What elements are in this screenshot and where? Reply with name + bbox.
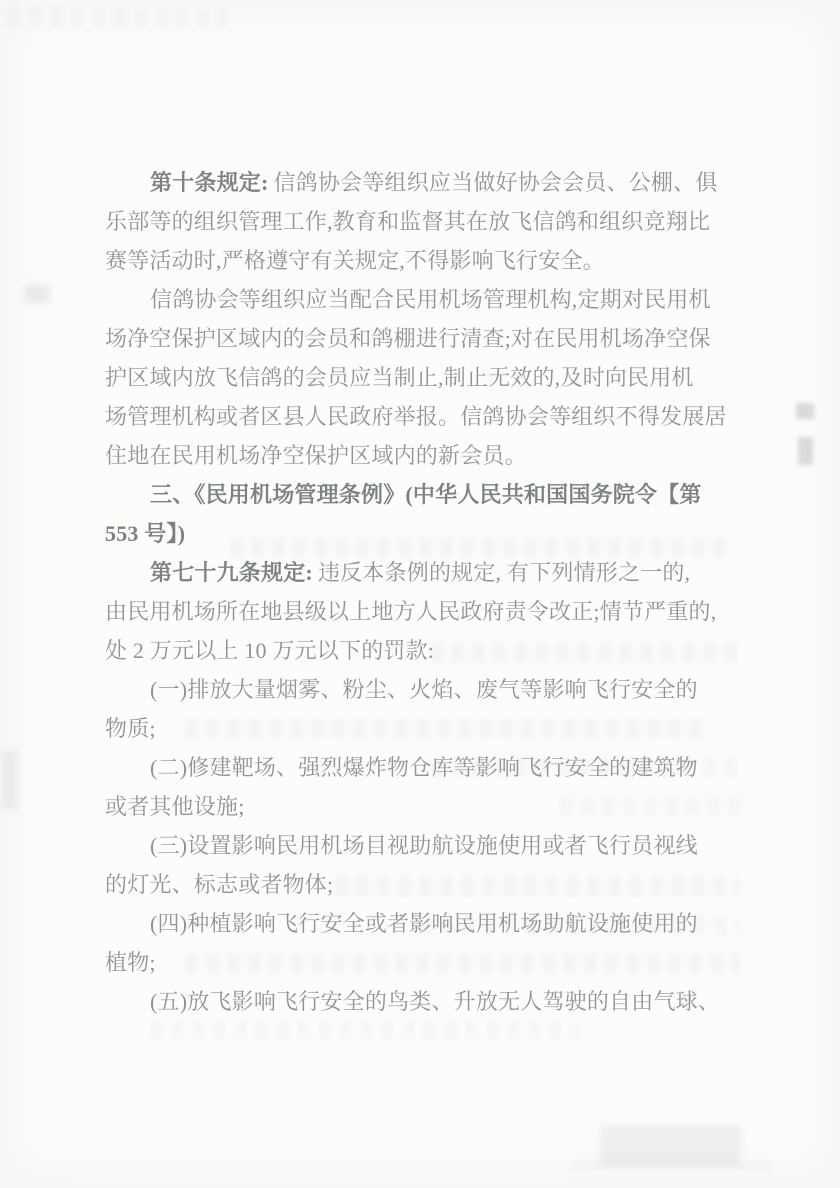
text-line-9: 三、《民用机场管理条例》(中华人民共和国国务院令【第 [105,475,753,514]
margin-smudge [2,750,18,810]
document-text-block: 第十条规定:信鸽协会等组织应当做好协会会员、公棚、俱乐部等的组织管理工作,教育和… [105,163,753,1021]
line-text: 信鸽协会等组织应当做好协会会员、公棚、俱 [274,170,718,195]
text-line-10: 553 号】) [105,514,753,553]
scanned-page: 第十条规定:信鸽协会等组织应当做好协会会员、公棚、俱乐部等的组织管理工作,教育和… [0,0,840,1188]
text-line-17: 或者其他设施; [105,787,753,826]
text-line-19: 的灯光、标志或者物体; [105,865,753,904]
text-line-22: (五)放飞影响飞行安全的鸟类、升放无人驾驶的自由气球、 [105,982,753,1021]
bleed-through-artifact [8,8,228,28]
bleed-through-block [570,1162,770,1170]
text-line-2: 乐部等的组织管理工作,教育和监督其在放飞信鸽和组织竞翔比 [105,202,753,241]
text-line-8: 住地在民用机场净空保护区域内的新会员。 [105,436,753,475]
text-line-5: 场净空保护区域内的会员和鸽棚进行清查;对在民用机场净空保 [105,319,753,358]
bleed-through-artifact [150,1020,580,1040]
text-line-16: (二)修建靶场、强烈爆炸物仓库等影响飞行安全的建筑物 [105,748,753,787]
margin-smudge [796,403,814,419]
text-line-3: 赛等活动时,严格遵守有关规定,不得影响飞行安全。 [105,241,753,280]
line-text: 违反本条例的规定, 有下列情形之一的, [318,560,690,585]
text-line-7: 场管理机构或者区县人民政府举报。信鸽协会等组织不得发展居 [105,397,753,436]
text-line-18: (三)设置影响民用机场目视助航设施使用或者飞行员视线 [105,826,753,865]
margin-smudge [798,437,813,465]
text-line-13: 处 2 万元以上 10 万元以下的罚款: [105,631,753,670]
margin-smudge [25,285,50,303]
text-line-1: 第十条规定:信鸽协会等组织应当做好协会会员、公棚、俱 [105,163,753,202]
text-line-20: (四)种植影响飞行安全或者影响民用机场助航设施使用的 [105,904,753,943]
bold-lead: 第七十九条规定: [150,560,313,585]
text-line-15: 物质; [105,709,753,748]
text-line-6: 护区域内放飞信鸽的会员应当制止,制止无效的,及时向民用机 [105,358,753,397]
text-line-4: 信鸽协会等组织应当配合民用机场管理机构,定期对民用机 [105,280,753,319]
text-line-21: 植物; [105,943,753,982]
bleed-through-block [600,1126,742,1164]
text-line-11: 第七十九条规定:违反本条例的规定, 有下列情形之一的, [105,553,753,592]
bold-lead: 第十条规定: [150,170,269,195]
text-line-12: 由民用机场所在地县级以上地方人民政府责令改正;情节严重的, [105,592,753,631]
text-line-14: (一)排放大量烟雾、粉尘、火焰、废气等影响飞行安全的 [105,670,753,709]
